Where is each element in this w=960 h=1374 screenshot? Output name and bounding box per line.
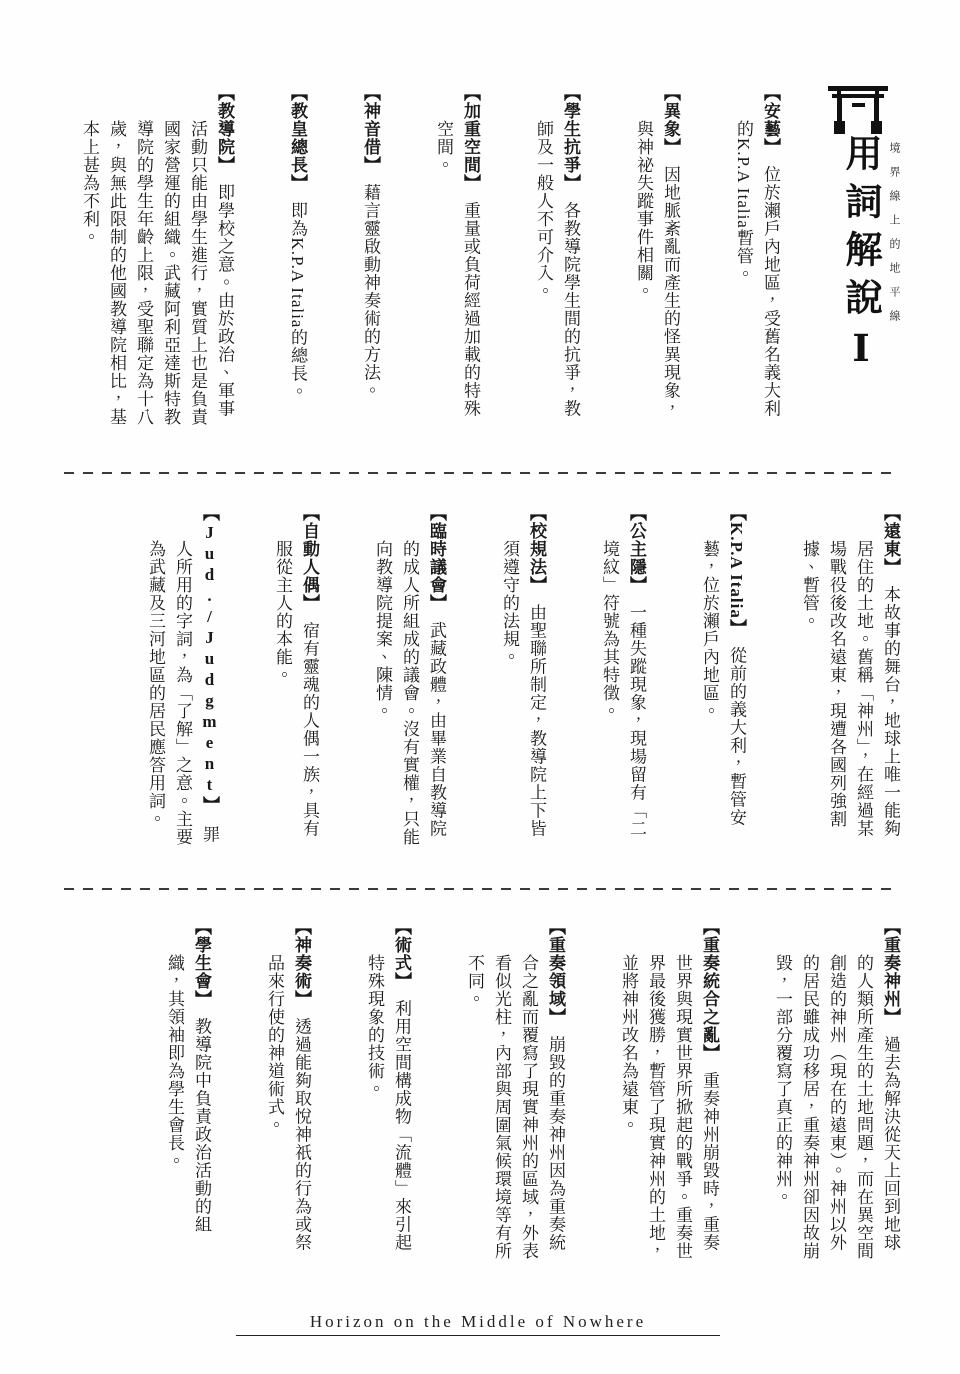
entry-term: 【術式】	[392, 918, 411, 1000]
entry-term: 【重奏神州】	[881, 918, 900, 1036]
entry-term: 【學生會】	[192, 918, 211, 1018]
entry-term: 【神音借】	[361, 84, 380, 184]
glossary-entry: 【校規法】 由聖聯所制定，教導院上下皆須遵守的法規。	[496, 504, 550, 850]
glossary-section-3: 【重奏神州】 過去為解決從天上回到地球的人類所產生的土地問題，而在異空間創造的神…	[115, 918, 904, 1264]
torii-gate-icon	[828, 84, 888, 134]
entry-term: 【K.P.A Italia】	[727, 504, 746, 646]
footer-title: Horizon on the Middle of Nowhere	[310, 1312, 646, 1331]
glossary-entry: 【神音借】 藉言靈啟動神奏術的方法。	[357, 84, 384, 430]
entry-term: 【神奏術】	[292, 918, 311, 1018]
entry-term: 【遠東】	[881, 504, 900, 586]
entry-term: 【重奏領域】	[546, 918, 565, 1036]
entry-term: 【教導院】	[215, 84, 234, 184]
entry-term: 【重奏統合之亂】	[700, 918, 719, 1072]
glossary-entry: 【學生會】 教導院中負責政治活動的組織，其領袖即為學生會長。	[161, 918, 215, 1264]
section-divider	[64, 472, 894, 474]
glossary-entry: 【重奏領域】 崩毀的重奏神州因為重奏統合之亂而覆寫了現實神州的區域，外表看似光柱…	[461, 918, 569, 1264]
entry-term: 【Jud./Judgment】	[200, 504, 219, 826]
glossary-entry: 【異象】 因地脈紊亂而產生的怪異現象，與神祕失蹤事件相關。	[630, 84, 684, 430]
glossary-page: 境界線上的地平線 用詞解說Ⅰ 【安藝】 位於瀨戶內地區，受舊名義大利的K.P.A…	[0, 0, 960, 1374]
glossary-entry: 【重奏神州】 過去為解決從天上回到地球的人類所產生的土地問題，而在異空間創造的神…	[769, 918, 904, 1264]
entry-definition: 位於瀨戶內地區，受舊名義大利的K.P.A Italia暫管。	[734, 120, 780, 418]
entry-term: 【臨時議會】	[427, 504, 446, 622]
section-divider	[64, 888, 894, 890]
glossary-entry: 【術式】 利用空間構成物「流體」來引起特殊現象的技術。	[361, 918, 415, 1264]
glossary-entry: 【學生抗爭】 各教導院學生間的抗爭，教師及一般人不可介入。	[530, 84, 584, 430]
glossary-entry: 【加重空間】 重量或負荷經過加載的特殊空間。	[430, 84, 484, 430]
glossary-entry: 【臨時議會】 武藏政體，由畢業自教導院的成人所組成的議會。沒有實權，只能向教導院…	[369, 504, 450, 850]
entry-definition: 即學校之意。由於政治、軍事活動只能由學生進行，實質上也是負責國家營運的組織。武藏…	[80, 120, 234, 426]
glossary-entry: 【公主隱】 一種失蹤現象，現場留有「二境紋」符號為其特徵。	[596, 504, 650, 850]
entry-definition: 本故事的舞台，地球上唯一能夠居住的土地。舊稱「神州」，在經過某場戰役後改名遠東，…	[800, 540, 900, 838]
entry-term: 【安藝】	[761, 84, 780, 166]
page-title: 用詞解說Ⅰ	[834, 84, 884, 430]
glossary-entry: 【遠東】 本故事的舞台，地球上唯一能夠居住的土地。舊稱「神州」，在經過某場戰役後…	[796, 504, 904, 850]
entry-definition: 即為K.P.A Italia的總長。	[288, 202, 307, 401]
glossary-section-2: 【遠東】 本故事的舞台，地球上唯一能夠居住的土地。舊稱「神州」，在經過某場戰役後…	[96, 504, 904, 850]
glossary-entry: 【重奏統合之亂】 重奏神州崩毀時，重奏世界與現實世界所掀起的戰爭。重奏世界最後獲…	[615, 918, 723, 1264]
glossary-entry: 【K.P.A Italia】 從前的義大利，暫管安藝，位於瀨戶內地區。	[696, 504, 750, 850]
entry-definition: 因地脈紊亂而產生的怪異現象，與神祕失蹤事件相關。	[634, 120, 680, 418]
entry-term: 【加重空間】	[461, 84, 480, 202]
footer-rule: Horizon on the Middle of Nowhere	[236, 1312, 720, 1336]
glossary-entry: 【自動人偶】 宿有靈魂的人偶一族，具有服從主人的本能。	[269, 504, 323, 850]
series-subtitle: 境界線上的地平線	[884, 84, 904, 430]
entry-term: 【自動人偶】	[300, 504, 319, 622]
glossary-entry: 【神奏術】 透過能夠取悅神祇的行為或祭品來行使的神道術式。	[261, 918, 315, 1264]
glossary-entry: 【Jud./Judgment】 罪人所用的字詞，為「了解」之意。主要為武藏及三河…	[142, 504, 223, 850]
entry-term: 【教皇總長】	[288, 84, 307, 202]
entry-term: 【公主隱】	[627, 504, 646, 604]
glossary-entry: 【教導院】 即學校之意。由於政治、軍事活動只能由學生進行，實質上也是負責國家營運…	[76, 84, 238, 430]
glossary-entry: 【安藝】 位於瀨戶內地區，受舊名義大利的K.P.A Italia暫管。	[730, 84, 784, 430]
entry-definition: 藉言靈啟動神奏術的方法。	[361, 184, 380, 400]
entry-term: 【校規法】	[527, 504, 546, 604]
entry-definition: 利用空間構成物「流體」來引起特殊現象的技術。	[365, 954, 411, 1252]
entry-term: 【異象】	[661, 84, 680, 166]
glossary-section-1: 境界線上的地平線 用詞解說Ⅰ 【安藝】 位於瀨戶內地區，受舊名義大利的K.P.A…	[30, 84, 904, 430]
entry-term: 【學生抗爭】	[561, 84, 580, 202]
glossary-entry: 【教皇總長】 即為K.P.A Italia的總長。	[284, 84, 311, 430]
page-header: 境界線上的地平線 用詞解說Ⅰ	[834, 84, 904, 430]
